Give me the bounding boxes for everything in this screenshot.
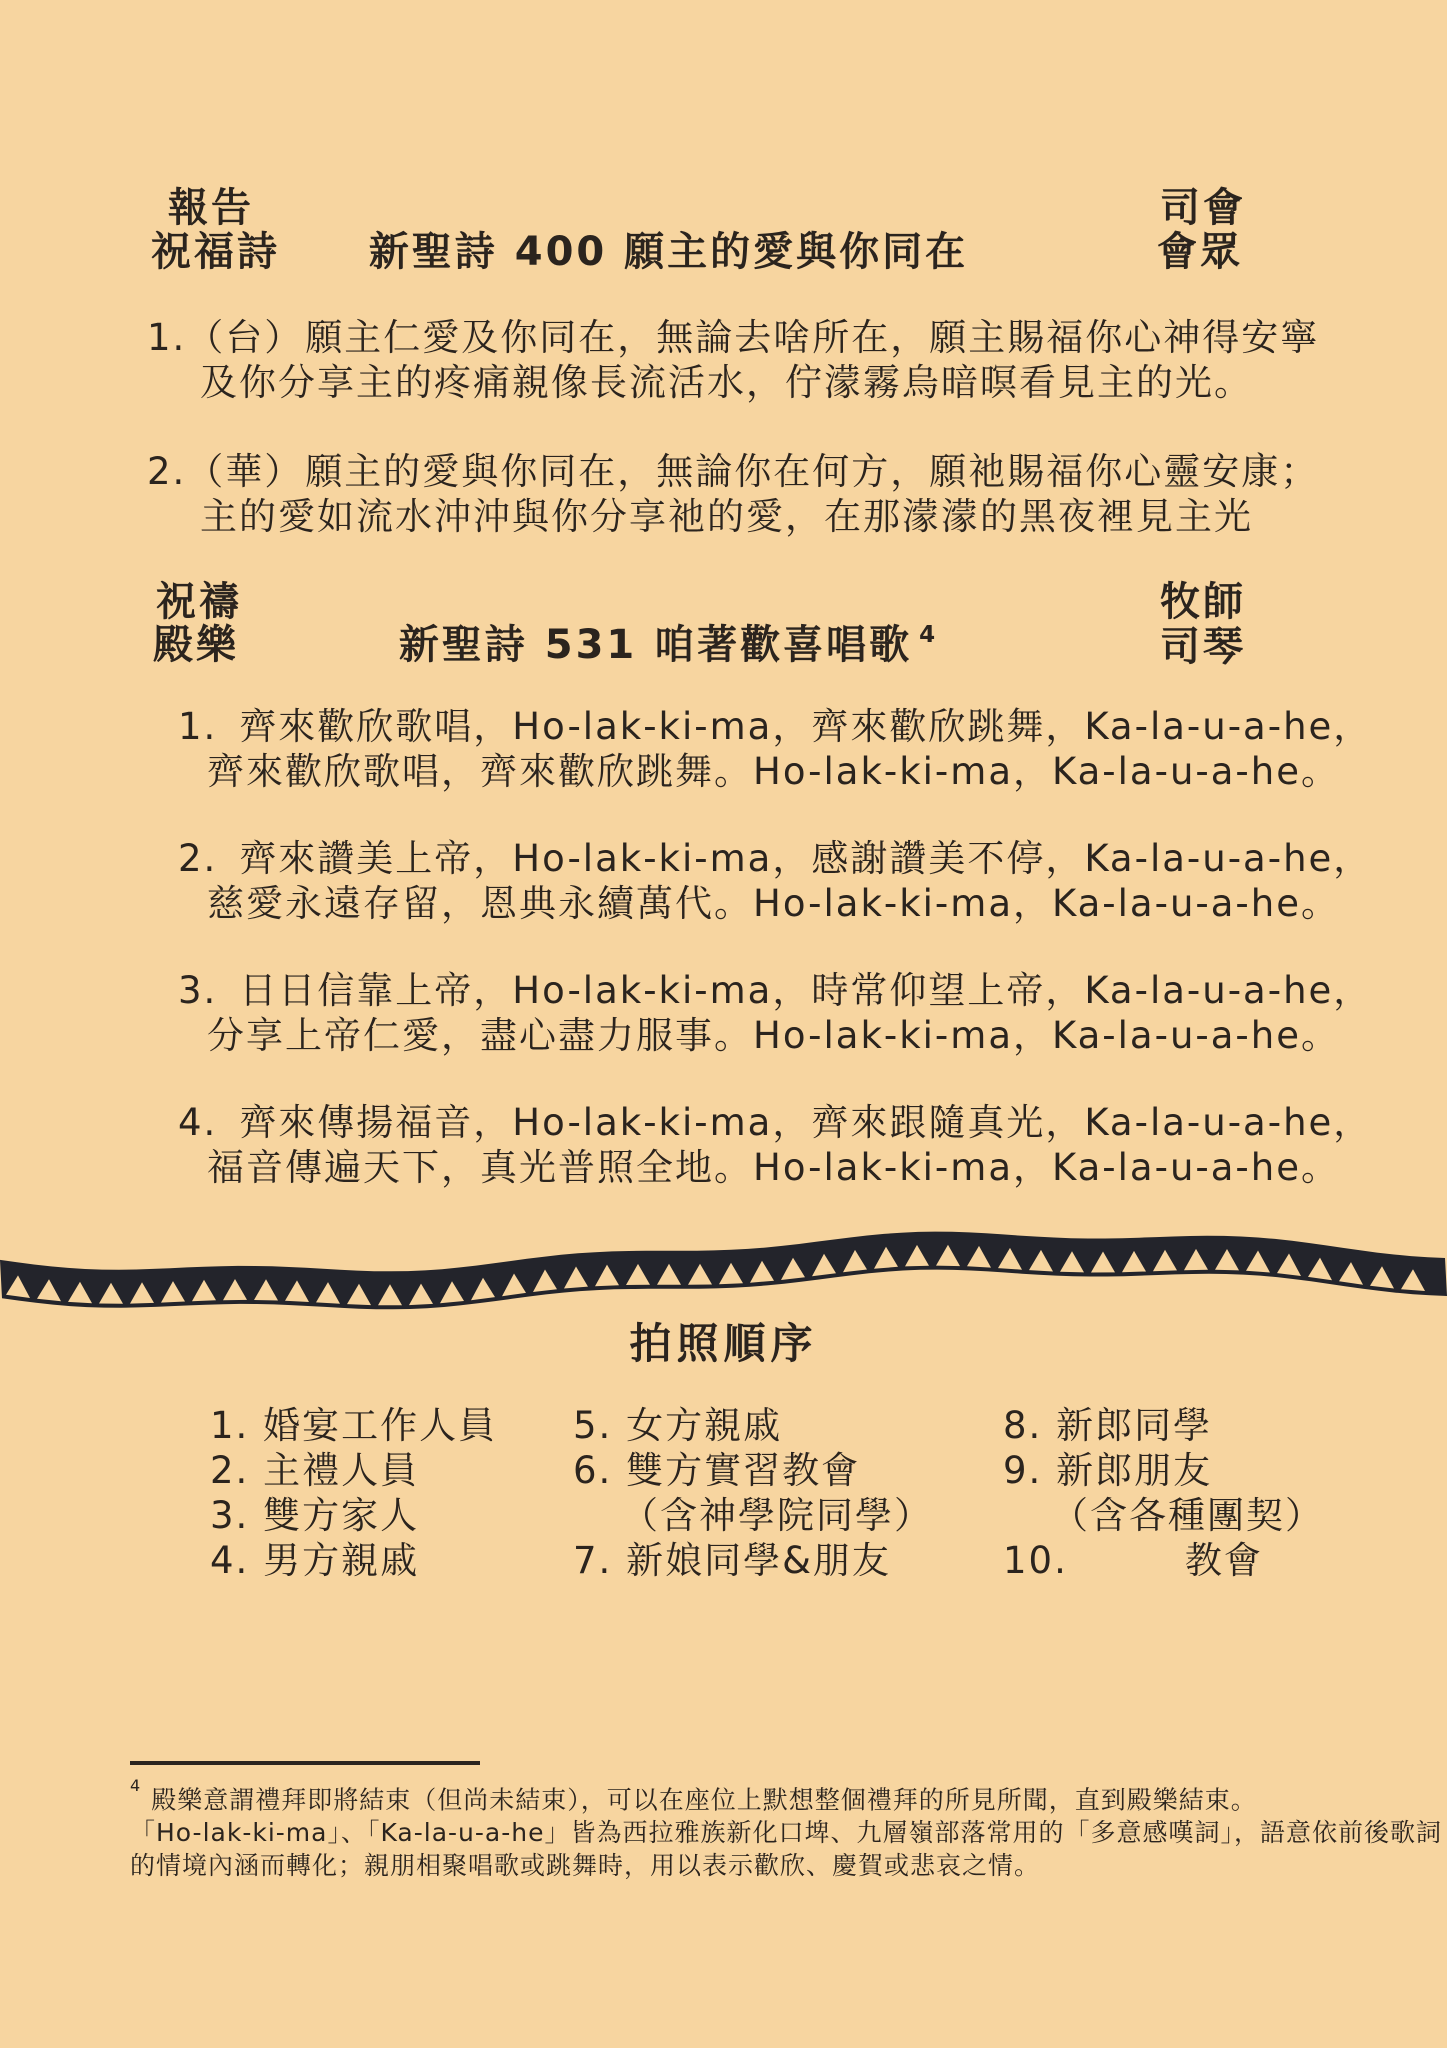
lyric-line: 3.日日信靠上帝，Ho-lak-ki-ma，時常仰望上帝，Ka-la-u-a-h… (178, 968, 1372, 1013)
lyric-line: 齊來歡欣歌唱，齊來歡欣跳舞。Ho-lak-ki-ma，Ka-la-u-a-he。 (178, 749, 1372, 794)
footnote-marker: 4 (130, 1776, 141, 1795)
lyric-text: 齊來讚美上帝，Ho-lak-ki-ma，感謝讚美不停，Ka-la-u-a-he， (239, 837, 1372, 880)
photo-list-column-3: 8. 新郎同學 9. 新郎朋友 （含各種團契） 10. 教會 (1003, 1403, 1324, 1583)
lyric-line: 1.齊來歡欣歌唱，Ho-lak-ki-ma，齊來歡欣跳舞，Ka-la-u-a-h… (178, 704, 1372, 749)
photo-list-item: 3. 雙方家人 (210, 1493, 497, 1538)
footnote-block: 4殿樂意謂禮拜即將結束（但尚未結束），可以在座位上默想整個禮拜的所見所聞，直到殿… (130, 1777, 1390, 1882)
hymn531-verse-2: 2.齊來讚美上帝，Ho-lak-ki-ma，感謝讚美不停，Ka-la-u-a-h… (178, 836, 1372, 926)
hymn400-verse-1: 1.（台）願主仁愛及你同在，無論去啥所在，願主賜福你心神得安寧 及你分享主的疼痛… (147, 315, 1319, 405)
footnote-line: 「Ho-lak-ki-ma」、「Ka-la-u-a-he」皆為西拉雅族新化口埤、… (130, 1816, 1390, 1849)
lyric-line: 2.齊來讚美上帝，Ho-lak-ki-ma，感謝讚美不停，Ka-la-u-a-h… (178, 836, 1372, 881)
lyric-line: 4.齊來傳揚福音，Ho-lak-ki-ma，齊來跟隨真光，Ka-la-u-a-h… (178, 1100, 1372, 1145)
photo-list-item: 1. 婚宴工作人員 (210, 1403, 497, 1448)
hymn400-verse-2: 2.（華）願主的愛與你同在，無論你在何方，願祂賜福你心靈安康； 主的愛如流水沖沖… (147, 449, 1319, 539)
hymn531-verse-3: 3.日日信靠上帝，Ho-lak-ki-ma，時常仰望上帝，Ka-la-u-a-h… (178, 968, 1372, 1058)
lyric-line: 2.（華）願主的愛與你同在，無論你在何方，願祂賜福你心靈安康； (147, 449, 1319, 494)
footnote-text: 殿樂意謂禮拜即將結束（但尚未結束），可以在座位上默想整個禮拜的所見所聞，直到殿樂… (151, 1785, 1257, 1814)
lyric-line: 1.（台）願主仁愛及你同在，無論去啥所在，願主賜福你心神得安寧 (147, 315, 1319, 360)
footnote-line: 4殿樂意謂禮拜即將結束（但尚未結束），可以在座位上默想整個禮拜的所見所聞，直到殿… (130, 1777, 1390, 1816)
photo-list-item: 8. 新郎同學 (1003, 1403, 1324, 1448)
verse-number: 1.（台） (147, 316, 303, 359)
lyric-text: 齊來歡欣歌唱，Ho-lak-ki-ma，齊來歡欣跳舞，Ka-la-u-a-he， (239, 705, 1372, 748)
lyric-line: 分享上帝仁愛，盡心盡力服事。Ho-lak-ki-ma，Ka-la-u-a-he。 (178, 1013, 1372, 1058)
photo-list-column-2: 5. 女方親戚 6. 雙方實習教會 （含神學院同學） 7. 新娘同學&朋友 (573, 1403, 933, 1583)
photo-list-item: 9. 新郎朋友 (1003, 1448, 1324, 1493)
hymn531-verse-1: 1.齊來歡欣歌唱，Ho-lak-ki-ma，齊來歡欣跳舞，Ka-la-u-a-h… (178, 704, 1372, 794)
divider-band (0, 1208, 1447, 1323)
verse-number: 4. (178, 1101, 217, 1144)
lyric-line: 慈愛永遠存留，恩典永續萬代。Ho-lak-ki-ma，Ka-la-u-a-he。 (178, 881, 1372, 926)
hymn400-lyrics: 1.（台）願主仁愛及你同在，無論去啥所在，願主賜福你心神得安寧 及你分享主的疼痛… (147, 315, 1319, 583)
footnote-reference-mark: 4 (919, 622, 938, 648)
photo-list-subitem: （含神學院同學） (573, 1493, 933, 1538)
lyric-text: 願主仁愛及你同在，無論去啥所在，願主賜福你心神得安寧 (305, 316, 1319, 359)
photo-section-title: 拍照順序 (0, 1311, 1447, 1371)
photo-list-item: 4. 男方親戚 (210, 1538, 497, 1583)
photo-list-item: 5. 女方親戚 (573, 1403, 933, 1448)
photo-list-item: 2. 主禮人員 (210, 1448, 497, 1493)
role-label-pianist: 司琴 (1160, 615, 1246, 672)
footnote-separator (130, 1761, 480, 1765)
verse-number: 1. (178, 705, 217, 748)
lyric-text: 願主的愛與你同在，無論你在何方，願祂賜福你心靈安康； (305, 450, 1319, 493)
lyric-line: 及你分享主的疼痛親像長流活水，佇濛霧烏暗暝看見主的光。 (147, 360, 1319, 405)
photo-list-subitem: （含各種團契） (1003, 1493, 1324, 1538)
lyric-line: 主的愛如流水沖沖與你分享祂的愛，在那濛濛的黑夜裡見主光 (147, 494, 1319, 539)
bulletin-page: { "page": { "bg_color": "#f7d5a0", "ink_… (0, 0, 1447, 2048)
photo-list-item: 7. 新娘同學&朋友 (573, 1538, 933, 1583)
hymn531-lyrics: 1.齊來歡欣歌唱，Ho-lak-ki-ma，齊來歡欣跳舞，Ka-la-u-a-h… (178, 704, 1372, 1232)
lyric-text: 日日信靠上帝，Ho-lak-ki-ma，時常仰望上帝，Ka-la-u-a-he， (239, 969, 1372, 1012)
lyric-line: 福音傳遍天下，真光普照全地。Ho-lak-ki-ma，Ka-la-u-a-he。 (178, 1145, 1372, 1190)
verse-number: 3. (178, 969, 217, 1012)
photo-list-column-1: 1. 婚宴工作人員 2. 主禮人員 3. 雙方家人 4. 男方親戚 (210, 1403, 497, 1583)
hymn531-verse-4: 4.齊來傳揚福音，Ho-lak-ki-ma，齊來跟隨真光，Ka-la-u-a-h… (178, 1100, 1372, 1190)
footnote-line: 的情境內涵而轉化；親朋相聚唱歌或跳舞時，用以表示歡欣、慶賀或悲哀之情。 (130, 1849, 1390, 1882)
photo-list-item: 6. 雙方實習教會 (573, 1448, 933, 1493)
photo-list-item: 10. 教會 (1003, 1538, 1324, 1583)
verse-number: 2.（華） (147, 450, 303, 493)
role-label-congregation: 會眾 (1157, 220, 1243, 277)
verse-number: 2. (178, 837, 217, 880)
hymn531-title-text: 新聖詩 531 咱著歡喜唱歌 (399, 622, 912, 668)
lyric-text: 齊來傳揚福音，Ho-lak-ki-ma，齊來跟隨真光，Ka-la-u-a-he， (239, 1101, 1372, 1144)
